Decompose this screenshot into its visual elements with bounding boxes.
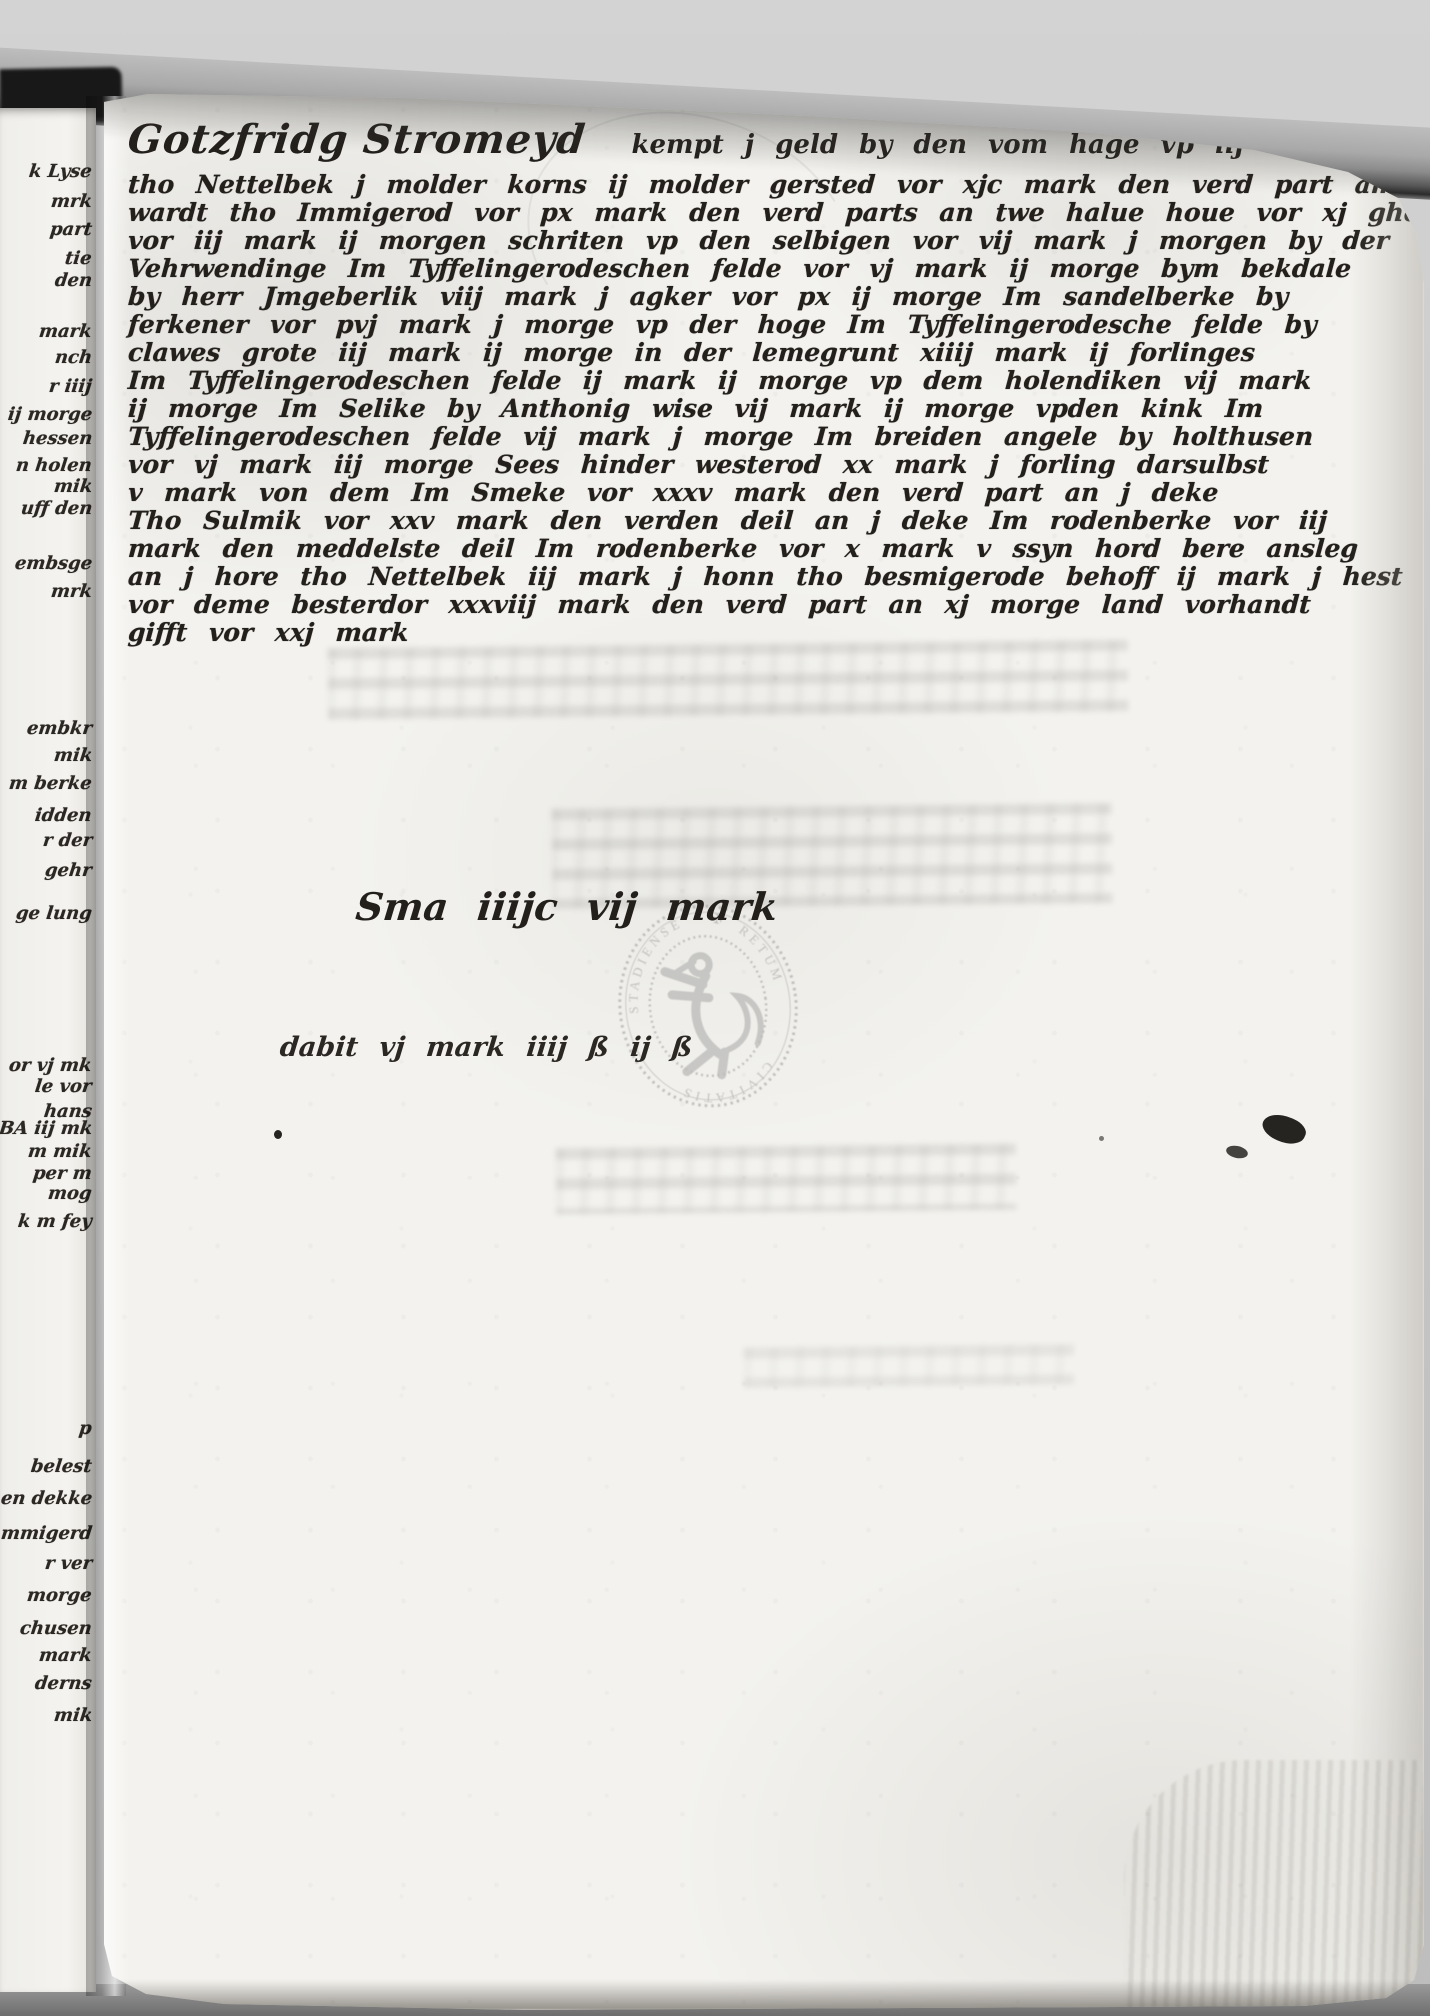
manuscript-line: ferkener vor pvj mark j morge vp der hog…	[127, 311, 1409, 339]
manuscript-line: an j hore tho Nettelbek iij mark j honn …	[127, 563, 1409, 591]
manuscript-line: vor vj mark iij morge Sees hinder wester…	[127, 451, 1409, 479]
svg-text:STADIENSE ✠: STADIENSE ✠ RETUM CIVITATIS	[614, 901, 803, 1116]
facing-page-text-fragment: en dekke	[0, 1488, 93, 1509]
facing-page-text-fragment: chusen	[19, 1618, 93, 1639]
facing-page-text-fragment: embkr	[26, 718, 94, 739]
facing-page-text-fragment: uff den	[19, 498, 93, 519]
main-text-block: Gotzfridg Stromeydkempt j geld by den vo…	[128, 116, 1408, 647]
manuscript-scan: k Lysemrkparttiedenmarknchr iiijij morge…	[0, 0, 1430, 2016]
dabit-line: dabit vj mark iiij ß ij ß	[278, 1032, 694, 1063]
facing-page-text-fragment: m mik	[27, 1141, 93, 1162]
facing-page-text-fragment: k Lyse	[28, 161, 93, 182]
ink-blot	[1259, 1108, 1310, 1150]
facing-page-text-fragment: derns	[34, 1673, 93, 1694]
facing-page-text-fragment: mark	[38, 321, 93, 342]
ink-blot	[1225, 1144, 1249, 1160]
facing-page-text-fragment: embsge	[13, 553, 93, 574]
manuscript-line: Im Tyffelingerodeschen felde ij mark ij …	[127, 367, 1409, 395]
manuscript-line: Vehrwendinge Im Tyffelingerodeschen feld…	[127, 255, 1409, 283]
manuscript-line: Tyffelingerodeschen felde vij mark j mor…	[127, 423, 1409, 451]
facing-page-edge: k Lysemrkparttiedenmarknchr iiijij morge…	[0, 108, 96, 1992]
facing-page-text-fragment: BA iij mk	[0, 1118, 93, 1139]
summa-line: Sma iiijc vij mark	[354, 884, 780, 929]
page-bottom-edge	[104, 1980, 1424, 2010]
entry-body: tho Nettelbek j molder korns ij molder g…	[128, 171, 1408, 647]
ink-showthrough	[556, 1144, 1017, 1215]
manuscript-line: by herr Jmgeberlik viij mark j agker vor…	[127, 283, 1409, 311]
facing-page-text-fragment: ge lung	[15, 903, 93, 924]
facing-page-text-fragment: mark	[38, 1645, 93, 1666]
manuscript-line: v mark von dem Im Smeke vor xxxv mark de…	[127, 479, 1409, 507]
facing-page-text-fragment: k m fey	[17, 1211, 93, 1232]
ink-showthrough	[328, 640, 1129, 720]
manuscript-line: mark den meddelste deil Im rodenberke vo…	[127, 535, 1409, 563]
ink-speck	[274, 1130, 282, 1139]
page-left-edge-highlight	[104, 88, 130, 2010]
page-right-edge-wear	[1350, 88, 1424, 2010]
manuscript-page: STADIENSE ✠ RETUM CIVITATIS 295	[104, 88, 1424, 2010]
facing-page-text-fragment: belest	[30, 1456, 93, 1477]
manuscript-line: vor iij mark ij morgen schriten vp den s…	[127, 227, 1409, 255]
manuscript-line: clawes grote iij mark ij morge in der le…	[127, 339, 1409, 367]
facing-page-text-fragment: ij morge	[7, 404, 94, 425]
facing-page-text-fragment: idden	[34, 805, 93, 826]
facing-page-text-fragment: hessen	[21, 428, 93, 449]
facing-page-text-fragment: or vj mk	[8, 1055, 93, 1076]
facing-page-text-fragment: morge	[26, 1585, 93, 1606]
manuscript-line: gifft vor xxj mark	[127, 619, 1409, 647]
ink-speck	[1099, 1136, 1104, 1141]
manuscript-line: Tho Sulmik vor xxv mark den verden deil …	[127, 507, 1409, 535]
facing-page-text-fragment: m berke	[8, 773, 93, 794]
manuscript-line: wardt tho Immigerod vor px mark den verd…	[127, 199, 1409, 227]
facing-page-text-fragment: per m	[32, 1163, 93, 1184]
page-corner-wear	[1124, 1760, 1424, 2010]
ink-showthrough	[744, 1344, 1074, 1387]
stamp-outer-ring	[614, 902, 803, 1111]
manuscript-line: vor deme besterdor xxxviij mark den verd…	[127, 591, 1409, 619]
facing-page-text-fragment: mmigerd	[0, 1523, 93, 1544]
facing-page-text-fragment: le vor	[34, 1076, 93, 1097]
manuscript-line: ij morge Im Selike by Anthonig wise vij …	[127, 395, 1409, 423]
facing-page-text-fragment: n holen	[15, 455, 93, 476]
